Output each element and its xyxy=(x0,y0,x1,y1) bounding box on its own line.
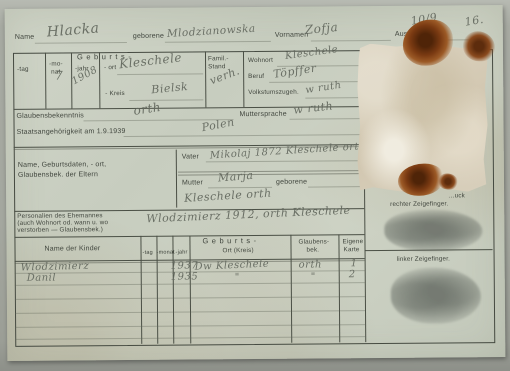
rust-stain xyxy=(463,31,495,61)
child-row-karte: 2 xyxy=(349,269,356,280)
fingerprint-right-label: rechter Zeigefinger. xyxy=(390,201,448,208)
registration-card: Name Hlacka geborene Mlodzianowska Vorna… xyxy=(5,5,506,361)
children-col-jahr: -jahr xyxy=(176,250,188,256)
monat-value: 7 xyxy=(55,69,63,83)
fingerprint-left-label: linker Zeigefinger. xyxy=(397,256,451,263)
fingerprint-left-smudge xyxy=(391,267,481,324)
vater-label: Vater xyxy=(182,153,199,161)
children-col-karte-2: Karte xyxy=(344,247,360,254)
child-row-karte: 1 xyxy=(351,258,358,269)
children-col-tag: -tag xyxy=(143,250,153,256)
staat-label: Staatsangehörigkeit am 1.9.1939 xyxy=(17,128,126,137)
glauben-label: Glaubensbekenntnis xyxy=(16,112,83,120)
children-col-karte-1: Eigene xyxy=(342,239,363,246)
famstand-label-1: Famil.- xyxy=(208,56,229,63)
tag-label: -tag xyxy=(17,67,29,74)
child-row-glauben: " xyxy=(311,272,316,283)
eltern-label-2: Glaubensbek. der Eltern xyxy=(18,171,98,179)
name-fill-line xyxy=(35,42,127,44)
fingerprint-right-smudge xyxy=(384,209,482,252)
children-col-glauben-2: bek. xyxy=(307,247,320,254)
children-col-glauben-1: Glaubens- xyxy=(298,239,329,246)
name-label: Name xyxy=(15,34,35,42)
volkstum-label: Volkstumszugeh. xyxy=(248,90,299,97)
children-col-geburts: Geburts- xyxy=(202,237,259,246)
child-row-ort: " xyxy=(235,272,240,283)
rust-stain xyxy=(438,173,458,189)
mutter-label: Mutter xyxy=(182,179,203,187)
ort-label: - ort xyxy=(104,65,116,72)
children-col-name: Name der Kinder xyxy=(44,245,100,253)
muttersprache-label: Muttersprache xyxy=(239,111,286,119)
vornamen-value: Zofja xyxy=(304,20,339,37)
vornamen-label: Vornamen xyxy=(275,32,309,40)
geborene-label: geborene xyxy=(133,33,164,41)
monat-label-1: -mo- xyxy=(49,62,63,69)
eltern-label-1: Name, Geburtsdaten, - ort, xyxy=(18,161,107,169)
geborene-fill-line xyxy=(165,41,271,43)
mutter-geborene-label: geborene xyxy=(276,179,307,187)
ausweis-value-2: 16. xyxy=(464,13,485,29)
fingerprint-right-partial: …uck xyxy=(448,193,465,200)
wohnort-label: Wohnort xyxy=(248,58,273,65)
kreis-label: - Kreis xyxy=(105,91,125,98)
mutter-value: Marja xyxy=(217,169,253,185)
child-row-jahr: 1935 xyxy=(171,271,199,282)
name-value: Hlacka xyxy=(46,20,100,40)
children-col-ort: Ort (Kreis) xyxy=(223,248,254,255)
child-row-name: Danil xyxy=(27,273,56,284)
vornamen-fill-line xyxy=(311,40,391,42)
geborene-value: Mlodzianowska xyxy=(167,23,256,40)
ehemann-label-3: verstorben — Glaubensbek.) xyxy=(17,227,103,235)
beruf-label: Beruf xyxy=(248,74,264,81)
child-row-glauben: orth xyxy=(299,259,322,270)
